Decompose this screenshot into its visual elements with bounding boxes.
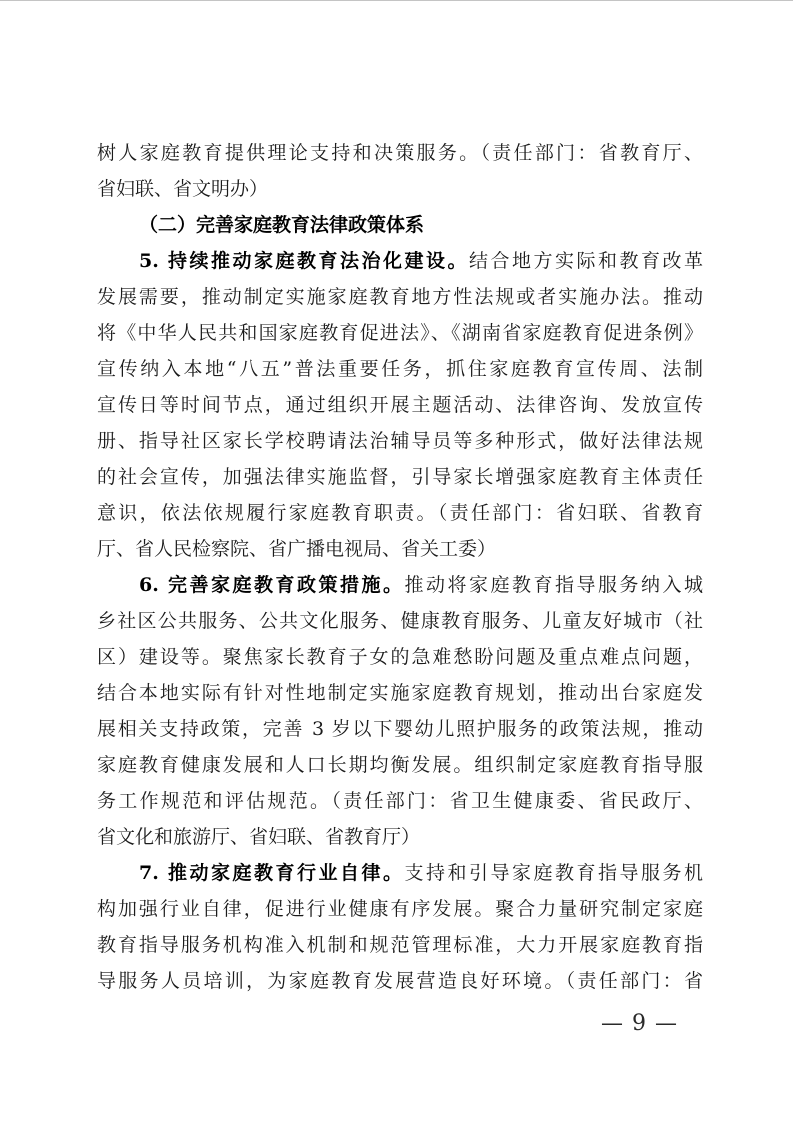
text-line: 5. 持续推动家庭教育法治化建设。结合地方实际和教育改革 [97,243,703,279]
text-segment: 省文化和旅游厅、省妇联、省教育厅） [97,826,420,848]
scan-edge-line [0,0,793,1]
text-line: 厅、省人民检察院、省广播电视局、省关工委） [97,531,703,567]
text-segment: 册、指导社区家长学校聘请法治辅导员等多种形式，做好法律法规 [97,430,703,452]
text-segment: 省妇联、省文明办） [97,178,268,200]
bold-text-segment: 6. 完善家庭教育政策措施。 [139,574,404,596]
text-segment: 发展需要，推动制定实施家庭教育地方性法规或者实施办法。推动 [97,286,703,308]
text-line: 展相关支持政策，完善 3 岁以下婴幼儿照护服务的政策法规，推动 [97,711,703,747]
text-segment: 宣传日等时间节点，通过组织开展主题活动、法律咨询、发放宣传 [97,394,703,416]
text-segment: 家庭教育健康发展和人口长期均衡发展。组织制定家庭教育指导服 [97,754,703,776]
text-segment: 支持和引导家庭教育指导服务机 [404,862,703,884]
text-line: 务工作规范和评估规范。（责任部门：省卫生健康委、省民政厅、 [97,783,703,819]
text-segment: 导服务人员培训，为家庭教育发展营造良好环境。（责任部门：省 [97,970,703,992]
text-segment: 区）建设等。聚焦家长教育子女的急难愁盼问题及重点难点问题， [97,646,703,668]
text-line: 构加强行业自律，促进行业健康有序发展。聚合力量研究制定家庭 [97,891,703,927]
text-segment: 的社会宣传，加强法律实施监督，引导家长增强家庭教育主体责任 [97,466,703,488]
bold-text-segment: （二）完善家庭教育法律政策体系 [139,214,424,236]
page-number: — 9 — [601,1010,678,1038]
text-line: （二）完善家庭教育法律政策体系 [97,207,703,243]
text-line: 省文化和旅游厅、省妇联、省教育厅） [97,819,703,855]
text-line: 结合本地实际有针对性地制定实施家庭教育规划，推动出台家庭发 [97,675,703,711]
text-segment: 将《中华人民共和国家庭教育促进法》、《湖南省家庭教育促进条例》 [97,322,703,344]
text-segment: 厅、省人民检察院、省广播电视局、省关工委） [97,538,496,560]
text-line: 7. 推动家庭教育行业自律。支持和引导家庭教育指导服务机 [97,855,703,891]
bold-text-segment: 5. 持续推动家庭教育法治化建设。 [139,250,469,272]
text-segment: 结合地方实际和教育改革 [469,250,703,272]
text-line: 6. 完善家庭教育政策措施。推动将家庭教育指导服务纳入城 [97,567,703,603]
text-segment: 推动将家庭教育指导服务纳入城 [404,574,703,596]
text-segment: 构加强行业自律，促进行业健康有序发展。聚合力量研究制定家庭 [97,898,703,920]
text-line: 乡社区公共服务、公共文化服务、健康教育服务、儿童友好城市（社 [97,603,703,639]
text-line: 发展需要，推动制定实施家庭教育地方性法规或者实施办法。推动 [97,279,703,315]
text-line: 宣传日等时间节点，通过组织开展主题活动、法律咨询、发放宣传 [97,387,703,423]
text-line: 导服务人员培训，为家庭教育发展营造良好环境。（责任部门：省 [97,963,703,999]
bold-text-segment: 7. 推动家庭教育行业自律。 [139,862,404,884]
document-body: 树人家庭教育提供理论支持和决策服务。（责任部门：省教育厅、省妇联、省文明办）（二… [97,135,703,999]
text-segment: 教育指导服务机构准入机制和规范管理标准，大力开展家庭教育指 [97,934,703,956]
text-line: 树人家庭教育提供理论支持和决策服务。（责任部门：省教育厅、 [97,135,703,171]
text-line: 宣传纳入本地“八五”普法重要任务，抓住家庭教育宣传周、法制 [97,351,703,387]
text-segment: 展相关支持政策，完善 3 岁以下婴幼儿照护服务的政策法规，推动 [97,718,703,740]
text-line: 教育指导服务机构准入机制和规范管理标准，大力开展家庭教育指 [97,927,703,963]
text-line: 册、指导社区家长学校聘请法治辅导员等多种形式，做好法律法规 [97,423,703,459]
text-line: 区）建设等。聚焦家长教育子女的急难愁盼问题及重点难点问题， [97,639,703,675]
text-segment: 务工作规范和评估规范。（责任部门：省卫生健康委、省民政厅、 [97,790,703,812]
document-page: 树人家庭教育提供理论支持和决策服务。（责任部门：省教育厅、省妇联、省文明办）（二… [0,0,793,1122]
text-line: 意识，依法依规履行家庭教育职责。（责任部门：省妇联、省教育 [97,495,703,531]
text-line: 的社会宣传，加强法律实施监督，引导家长增强家庭教育主体责任 [97,459,703,495]
text-line: 省妇联、省文明办） [97,171,703,207]
text-segment: 宣传纳入本地“八五”普法重要任务，抓住家庭教育宣传周、法制 [97,358,703,380]
text-segment: 乡社区公共服务、公共文化服务、健康教育服务、儿童友好城市（社 [97,610,703,632]
text-line: 家庭教育健康发展和人口长期均衡发展。组织制定家庭教育指导服 [97,747,703,783]
text-segment: 树人家庭教育提供理论支持和决策服务。（责任部门：省教育厅、 [97,142,703,164]
text-segment: 结合本地实际有针对性地制定实施家庭教育规划，推动出台家庭发 [97,682,703,704]
text-segment: 意识，依法依规履行家庭教育职责。（责任部门：省妇联、省教育 [97,502,703,524]
text-line: 将《中华人民共和国家庭教育促进法》、《湖南省家庭教育促进条例》 [97,315,703,351]
